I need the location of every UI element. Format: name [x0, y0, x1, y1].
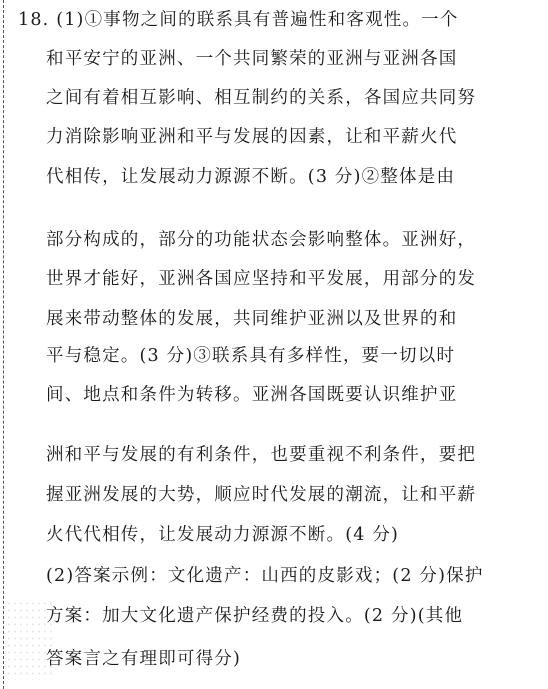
answer-line-10: 间、地点和条件为转移。亚洲各国既要认识维护亚: [46, 384, 457, 406]
answer-line-6: 部分构成的，部分的功能状态会影响整体。亚洲好，: [46, 229, 476, 251]
answer-line-7: 世界才能好，亚洲各国应坚持和平发展，用部分的发: [46, 268, 476, 290]
answer-line-1: 18. (1)①事物之间的联系具有普遍性和客观性。一个: [18, 9, 459, 31]
answer-line-8: 展来带动整体的发展，共同维护亚洲以及世界的和: [46, 308, 457, 330]
answer-line-15: 方案：加大文化遗产保护经费的投入。(2 分)(其他: [46, 605, 463, 627]
answer-line-12: 握亚洲发展的大势，顺应时代发展的潮流，让和平薪: [46, 484, 476, 506]
answer-line-5: 代相传，让发展动力源源不断。(3 分)②整体是由: [46, 166, 455, 188]
answer-line-4: 力消除影响亚洲和平与发展的因素，让和平薪火代: [46, 126, 457, 148]
answer-line-11: 洲和平与发展的有利条件，也要重视不利条件，要把: [46, 444, 476, 466]
answer-line-2: 和平安宁的亚洲、一个共同繁荣的亚洲与亚洲各国: [46, 48, 457, 70]
answer-line-3: 之间有着相互影响、相互制约的关系，各国应共同努: [46, 87, 476, 109]
answer-line-9: 平与稳定。(3 分)③联系具有多样性，要一切以时: [46, 345, 455, 367]
answer-line-14: (2)答案示例：文化遗产：山西的皮影戏；(2 分)保护: [46, 565, 484, 587]
page-fold-dotted-line: [3, 0, 4, 689]
answer-line-16: 答案言之有理即可得分): [46, 648, 241, 670]
answer-line-13: 火代代相传，让发展动力源源不断。(4 分): [46, 524, 399, 546]
